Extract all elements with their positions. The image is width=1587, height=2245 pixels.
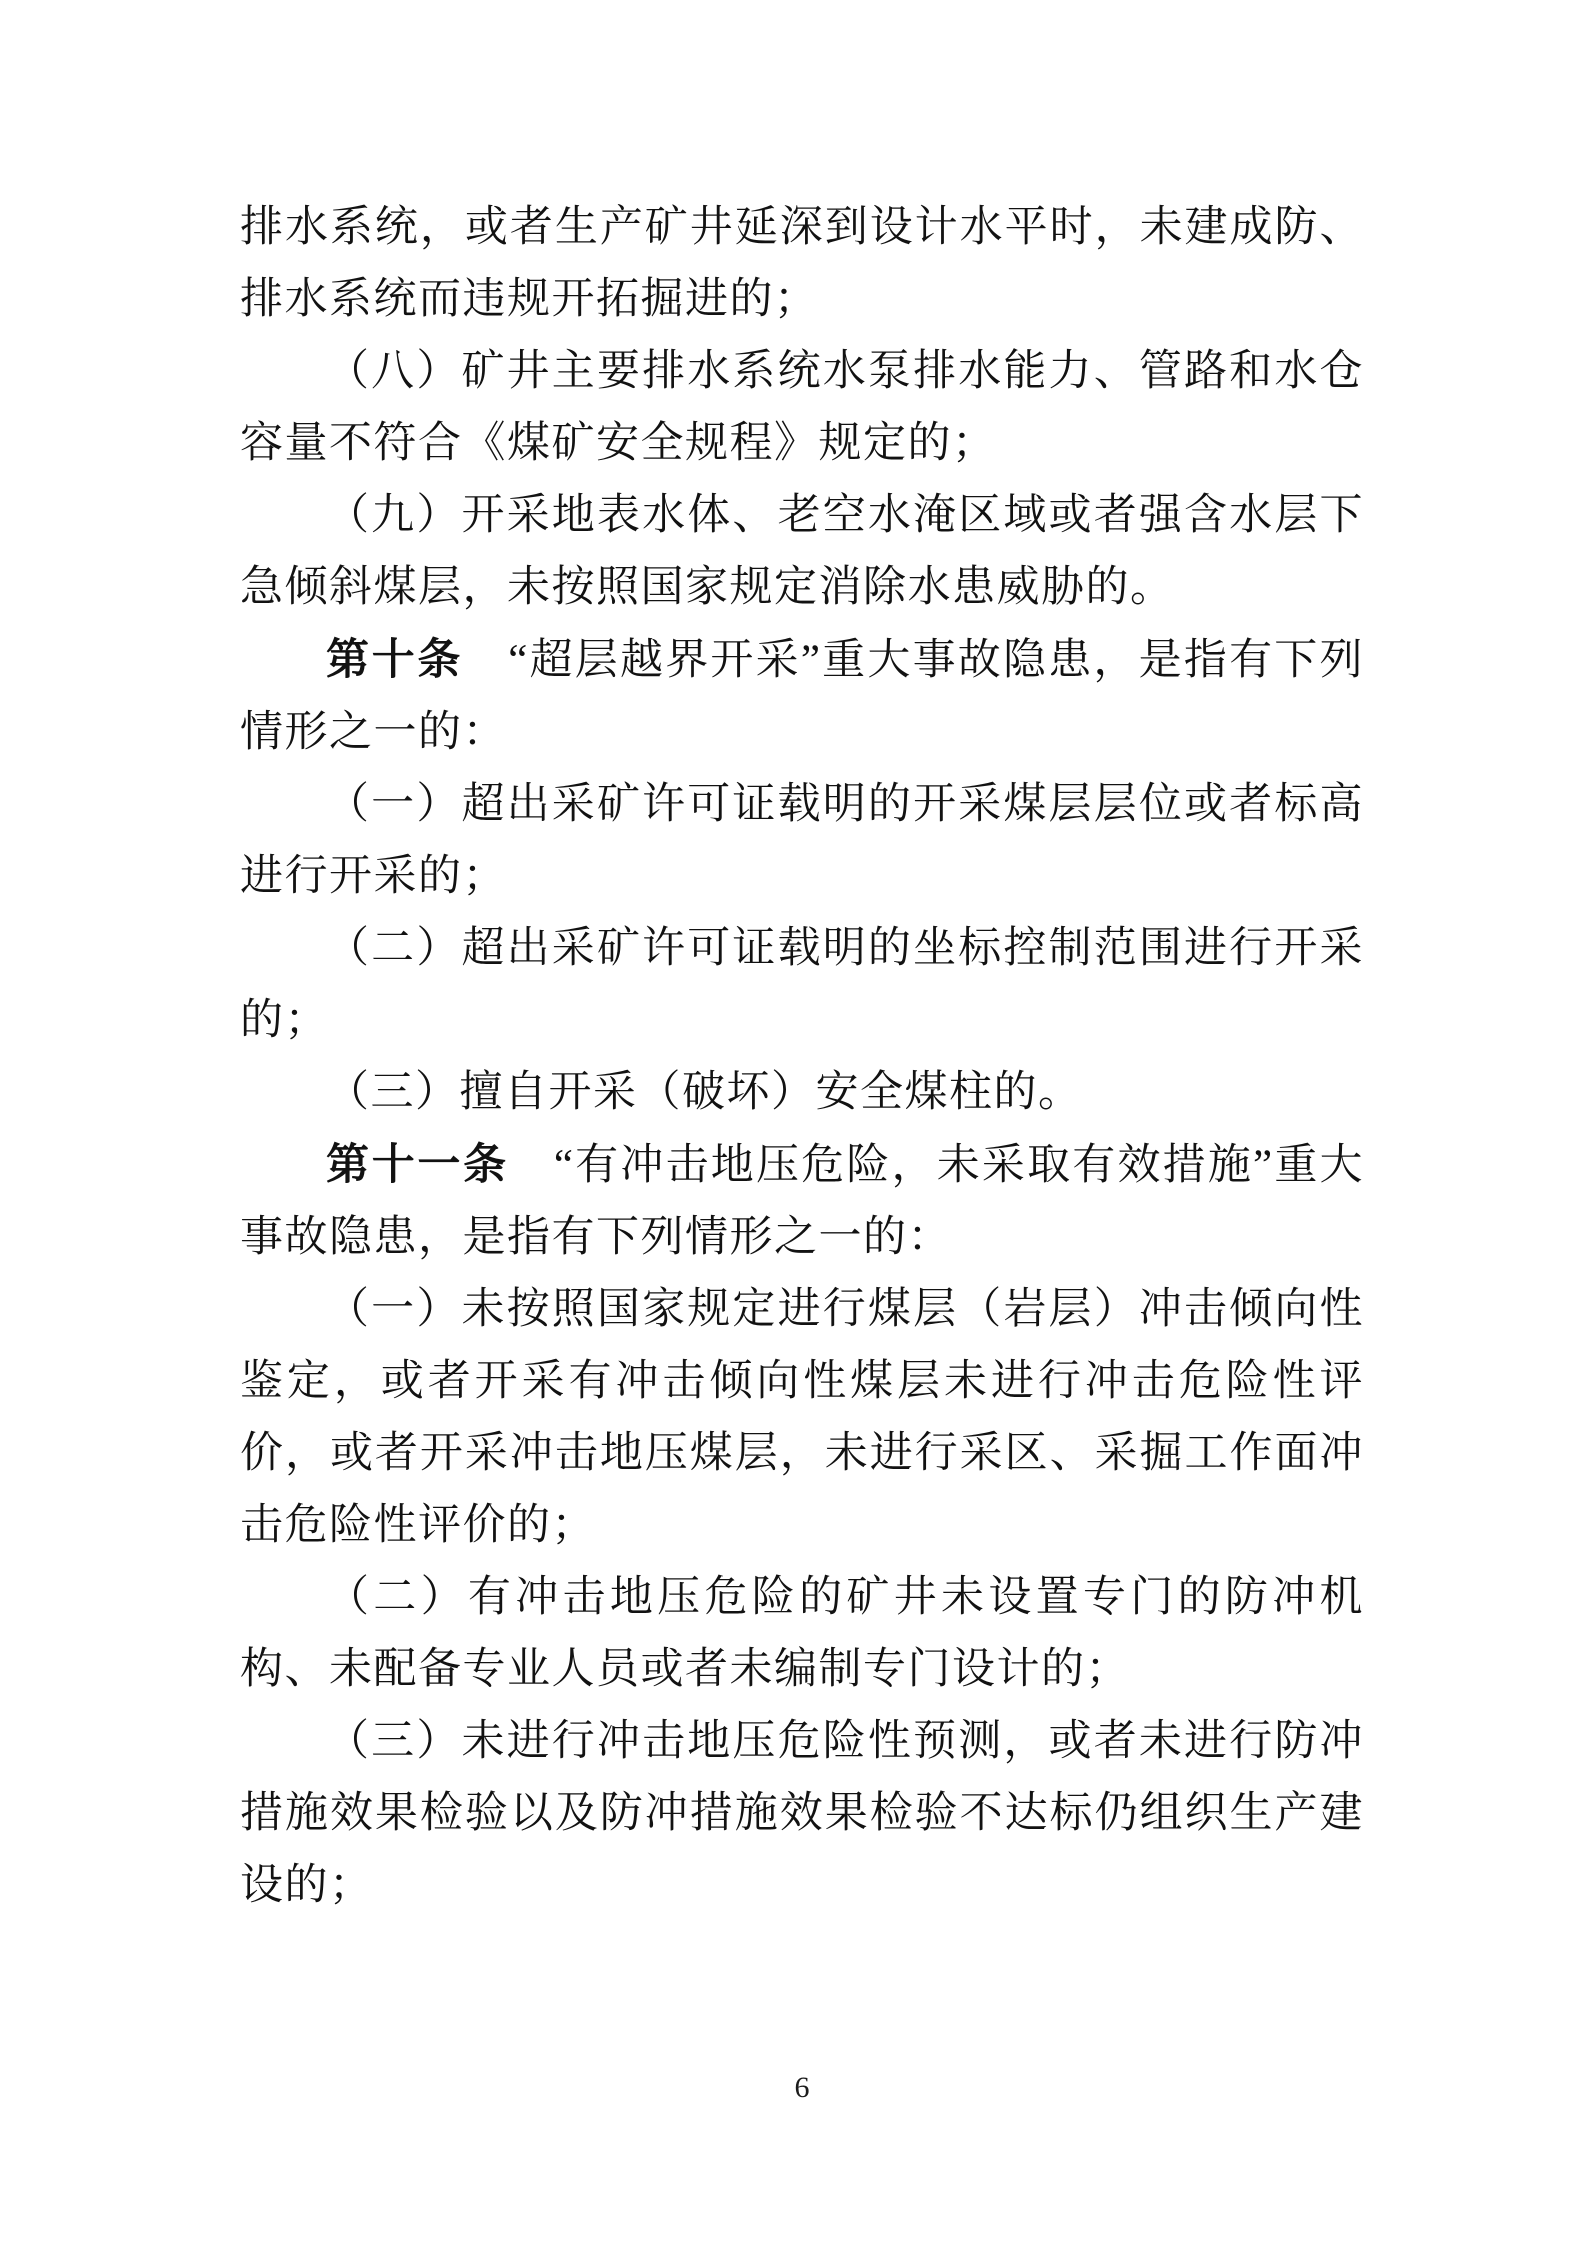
paragraph-text: （二）超出采矿许可证载明的坐标控制范围进行开采的； [240,925,1364,1044]
paragraph-text: （一）超出采矿许可证载明的开采煤层层位或者标高进行开采的； [240,781,1364,900]
paragraph: （九）开采地表水体、老空水淹区域或者强含水层下急倾斜煤层，未按照国家规定消除水患… [240,480,1364,624]
paragraph-text: （二）有冲击地压危险的矿井未设置专门的防冲机构、未配备专业人员或者未编制专门设计… [240,1574,1364,1693]
paragraph: 第十一条“有冲击地压危险，未采取有效措施”重大事故隐患，是指有下列情形之一的： [240,1129,1364,1274]
paragraph-text: 排水系统，或者生产矿井延深到设计水平时，未建成防、排水系统而违规开拓掘进的； [240,204,1364,323]
document-page: 排水系统，或者生产矿井延深到设计水平时，未建成防、排水系统而违规开拓掘进的；（八… [0,0,1587,2245]
paragraph: （二）有冲击地压危险的矿井未设置专门的防冲机构、未配备专业人员或者未编制专门设计… [240,1562,1364,1706]
paragraph: （三）未进行冲击地压危险性预测，或者未进行防冲措施效果检验以及防冲措施效果检验不… [240,1706,1364,1922]
paragraph-text: （九）开采地表水体、老空水淹区域或者强含水层下急倾斜煤层，未按照国家规定消除水患… [240,492,1364,611]
paragraph: （一）超出采矿许可证载明的开采煤层层位或者标高进行开采的； [240,769,1364,913]
paragraph-text: （三）未进行冲击地压危险性预测，或者未进行防冲措施效果检验以及防冲措施效果检验不… [240,1718,1364,1909]
paragraph: （二）超出采矿许可证载明的坐标控制范围进行开采的； [240,913,1364,1057]
paragraph-text: （三）擅自开采（破坏）安全煤柱的。 [326,1069,1083,1116]
document-body: 排水系统，或者生产矿井延深到设计水平时，未建成防、排水系统而违规开拓掘进的；（八… [240,192,1364,1922]
paragraph: （三）擅自开采（破坏）安全煤柱的。 [240,1057,1364,1129]
paragraph: （一）未按照国家规定进行煤层（岩层）冲击倾向性鉴定，或者开采有冲击倾向性煤层未进… [240,1274,1364,1562]
paragraph-text: （一）未按照国家规定进行煤层（岩层）冲击倾向性鉴定，或者开采有冲击倾向性煤层未进… [240,1286,1364,1549]
paragraph: （八）矿井主要排水系统水泵排水能力、管路和水仓容量不符合《煤矿安全规程》规定的； [240,336,1364,480]
paragraph-text: （八）矿井主要排水系统水泵排水能力、管路和水仓容量不符合《煤矿安全规程》规定的； [240,348,1364,467]
page-number: 6 [240,2070,1364,2106]
paragraph: 排水系统，或者生产矿井延深到设计水平时，未建成防、排水系统而违规开拓掘进的； [240,192,1364,336]
article-number: 第十条 [326,636,463,684]
paragraph: 第十条“超层越界开采”重大事故隐患，是指有下列情形之一的： [240,624,1364,769]
article-number: 第十一条 [326,1141,509,1189]
